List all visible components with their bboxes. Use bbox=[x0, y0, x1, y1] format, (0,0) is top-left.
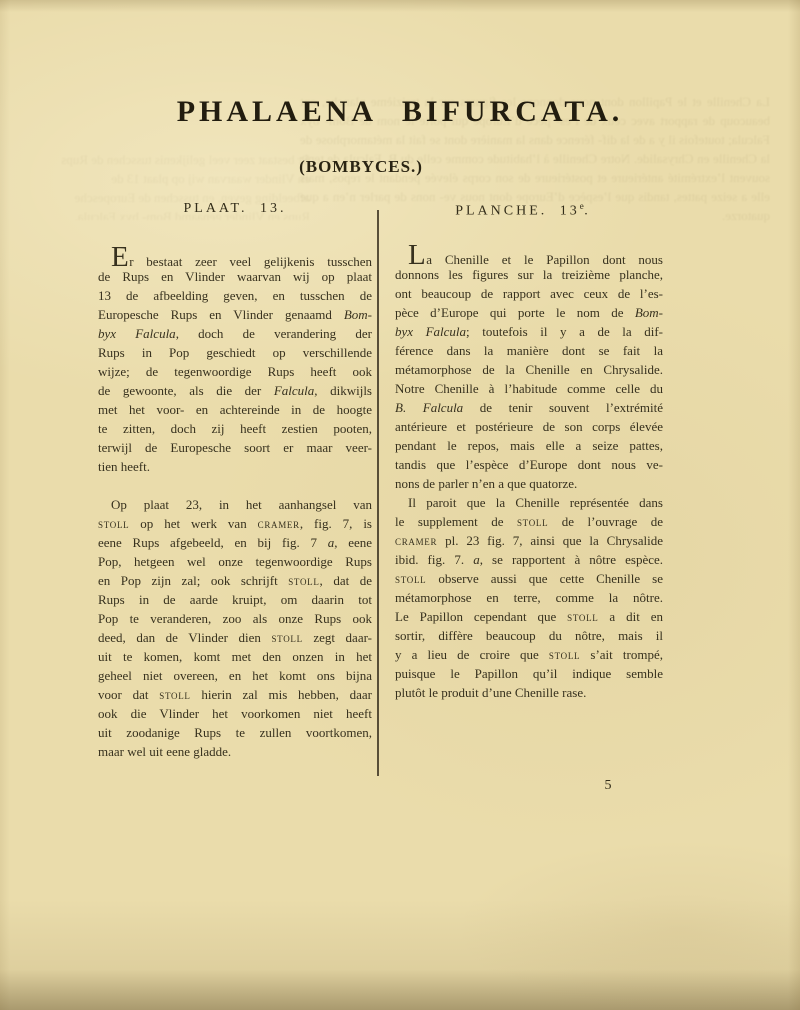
text-line: maar wel uit eene gladde. bbox=[98, 742, 372, 761]
text-line: uit te komen, komt met den onzen in het bbox=[98, 647, 372, 666]
column-divider-rule bbox=[377, 210, 379, 776]
text-line: ibid. fig. 7. a, se rapportent à nôtre e… bbox=[395, 550, 663, 569]
planche-period: . bbox=[584, 204, 591, 219]
text-line: te zitten, doch zij heeft zestien pooten… bbox=[98, 419, 372, 438]
text-line: Rups in Pop geschiedt op verschillende bbox=[98, 343, 372, 362]
text-line: terwijl de Europesche soort er maar veer… bbox=[98, 438, 372, 457]
text-line: voor dat stoll hierin zal mis hebben, da… bbox=[98, 685, 372, 704]
text-line: Il paroit que la Chenille représentée da… bbox=[395, 493, 663, 512]
text-line: antérieure et postérieure de son corps é… bbox=[395, 417, 663, 436]
left-column-dutch-text: Er bestaat zeer veel gelijkenis tusschen… bbox=[98, 248, 372, 761]
text-line: nons de parler n’en a que quatorze. bbox=[395, 474, 663, 493]
paragraph: Op plaat 23, in het aanhangsel vanstoll … bbox=[98, 495, 372, 761]
text-line: férence dans la manière dont se fait la bbox=[395, 341, 663, 360]
text-line: Notre Chenille à l’habitude comme celle … bbox=[395, 379, 663, 398]
text-line: Op plaat 23, in het aanhangsel van bbox=[98, 495, 372, 514]
column-header-plaat: PLAAT. 13. bbox=[98, 201, 372, 217]
book-page: La Chenille et le Papillon dont nous don… bbox=[0, 0, 800, 1010]
planche-label: PLANCHE. 13 bbox=[455, 204, 580, 219]
text-line: deed, dan de Vlinder dien stoll zegt daa… bbox=[98, 628, 372, 647]
text-line: 13 de afbeelding geven, en tusschen de bbox=[98, 286, 372, 305]
text-line: de gewoonte, als die der Falcula, dikwij… bbox=[98, 381, 372, 400]
text-line: tandis que l’espèce d’Europe dont nous v… bbox=[395, 455, 663, 474]
text-line: uit zoodanige Rups te zullen voortkomen, bbox=[98, 723, 372, 742]
text-line: donnons les figures sur la treizième pla… bbox=[395, 265, 663, 284]
text-line: cramer pl. 23 fig. 7, ainsi que la Chrys… bbox=[395, 531, 663, 550]
text-line: le supplement de stoll de l’ouvrage de bbox=[395, 512, 663, 531]
paragraph: Il paroit que la Chenille représentée da… bbox=[395, 493, 663, 702]
right-column-french-text: La Chenille et le Papillon dont nousdonn… bbox=[395, 246, 663, 702]
text-line: stoll op het werk van cramer, fig. 7, is bbox=[98, 514, 372, 533]
text-line: Pop te veranderen, zoo als onze Rups ook bbox=[98, 609, 372, 628]
text-line: tien heeft. bbox=[98, 457, 372, 476]
text-line: stoll observe aussi que cette Chenille s… bbox=[395, 569, 663, 588]
signature-page-number: 5 bbox=[597, 778, 619, 794]
text-line: geheel niet overeen, en het komt ons bij… bbox=[98, 666, 372, 685]
page-title: PHALAENA BIFURCATA. bbox=[0, 95, 800, 129]
text-line: en Pop zijn zal; ook schrijft stoll, dat… bbox=[98, 571, 372, 590]
text-line: ont beaucoup de rapport avec ceux de l’e… bbox=[395, 284, 663, 303]
text-line: puisque le Papillon qu’il indique semble bbox=[395, 664, 663, 683]
text-line: pèce d’Europe qui porte le nom de Bom- bbox=[395, 303, 663, 322]
text-line: byx Falcula, doch de verandering der bbox=[98, 324, 372, 343]
text-line: Rups in de aarde kruipt, om daarin tot bbox=[98, 590, 372, 609]
text-line: Er bestaat zeer veel gelijkenis tusschen bbox=[98, 248, 372, 267]
text-line: met het voor- en achtereinde in de hoogt… bbox=[98, 400, 372, 419]
text-line: y a lieu de croire que stoll s’ait tromp… bbox=[395, 645, 663, 664]
text-line: pendant le repos, mais elle a seize patt… bbox=[395, 436, 663, 455]
page-subtitle: (BOMBYCES.) bbox=[0, 157, 722, 177]
text-line: byx Falcula; toutefois il y a de la dif- bbox=[395, 322, 663, 341]
text-line: ook die Vlinder het voorkomen niet heeft bbox=[98, 704, 372, 723]
paragraph: La Chenille et le Papillon dont nousdonn… bbox=[395, 246, 663, 493]
text-line: Pop, hetgeen wel onze tegenwoordige Rups bbox=[98, 552, 372, 571]
text-line: de Rups en Vlinder waarvan wij op plaat bbox=[98, 267, 372, 286]
text-line: Le Papillon cependant que stoll a dit en bbox=[395, 607, 663, 626]
text-line: wijze; de tegenwoordige Rups heeft ook bbox=[98, 362, 372, 381]
paragraph: Er bestaat zeer veel gelijkenis tusschen… bbox=[98, 248, 372, 476]
text-line: eene Rups afgebeeld, en bij fig. 7 a, ee… bbox=[98, 533, 372, 552]
text-line: Europesche Rups en Vlinder genaamd Bom- bbox=[98, 305, 372, 324]
text-line: plutôt le produit d’une Chenille rase. bbox=[395, 683, 663, 702]
text-line: B. Falcula de tenir souvent l’extrémité bbox=[395, 398, 663, 417]
text-line: métamorphose en terre, comme la nôtre. bbox=[395, 588, 663, 607]
text-line: métamorphose de la Chenille en Chrysalid… bbox=[395, 360, 663, 379]
column-header-planche: PLANCHE. 13e. bbox=[398, 201, 648, 220]
text-line: sortir, diffère beaucoup du nôtre, mais … bbox=[395, 626, 663, 645]
text-line: La Chenille et le Papillon dont nous bbox=[395, 246, 663, 265]
